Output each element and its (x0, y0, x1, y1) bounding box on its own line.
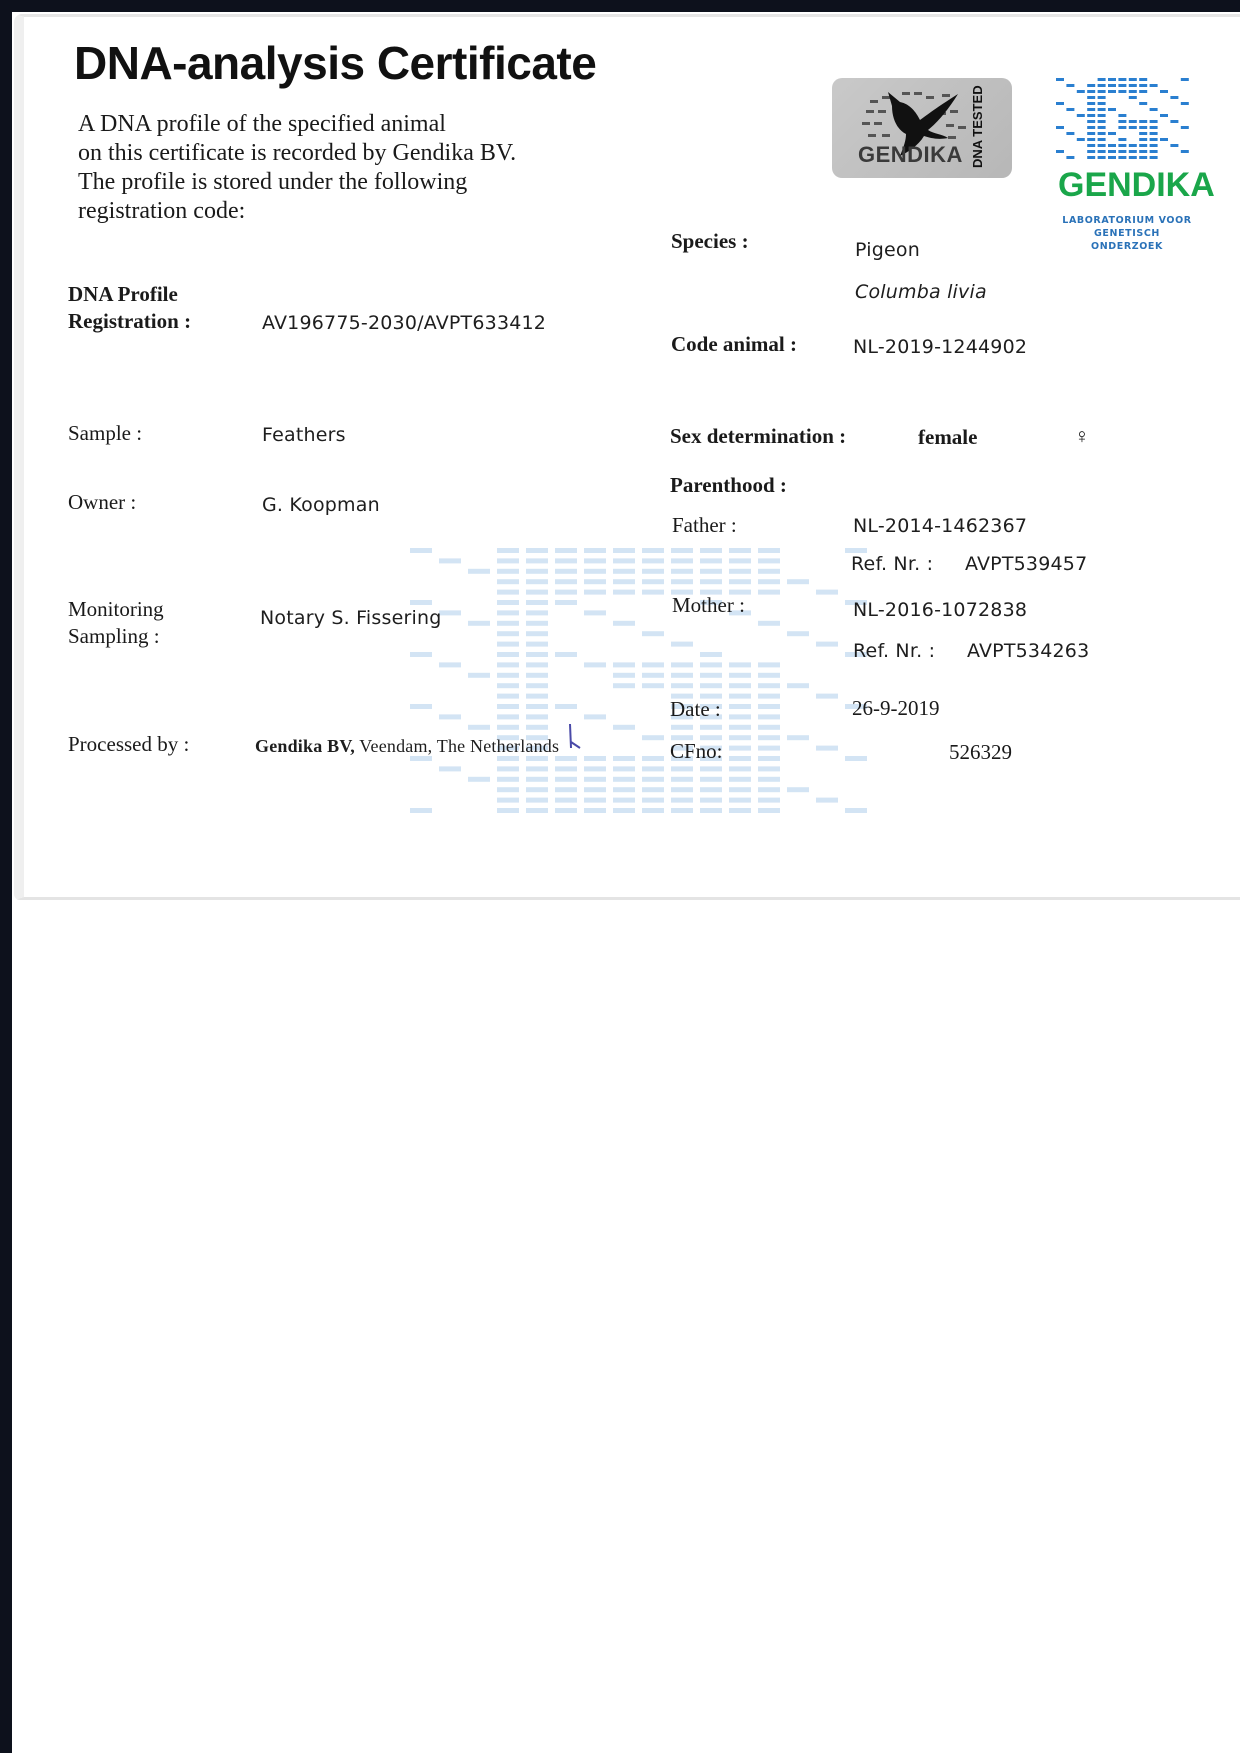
parenthood-label: Parenthood : (670, 473, 787, 498)
monitoring-label-line: Monitoring (68, 596, 164, 623)
mother-value: NL-2016-1072838 (853, 599, 1027, 621)
cfno-value: 526329 (949, 740, 1012, 765)
badge-brand: GENDIKA (858, 142, 963, 168)
father-label: Father : (672, 513, 737, 538)
owner-value: G. Koopman (262, 494, 380, 516)
date-value: 26-9-2019 (852, 696, 940, 721)
dna-g-icon (1056, 78, 1192, 162)
mother-label: Mother : (672, 593, 745, 618)
father-value: NL-2014-1462367 (853, 515, 1027, 537)
intro-line: A DNA profile of the specified animal (78, 110, 516, 139)
registration-value: AV196775-2030/AVPT633412 (262, 312, 546, 334)
logo-subtitle-line: GENETISCH ONDERZOEK (1059, 227, 1195, 253)
owner-label: Owner : (68, 490, 136, 515)
cfno-label: CFno: (670, 739, 723, 764)
mother-ref-value: AVPT534263 (967, 640, 1089, 662)
gendika-logo: GENDIKA LABORATORIUM VOOR GENETISCH ONDE… (1056, 78, 1196, 238)
monitoring-label: Monitoring Sampling : (68, 596, 164, 650)
logo-subtitle: LABORATORIUM VOOR GENETISCH ONDERZOEK (1059, 214, 1195, 253)
code-animal-value: NL-2019-1244902 (853, 336, 1027, 358)
registration-label-line: DNA Profile (68, 281, 191, 308)
intro-line: The profile is stored under the followin… (78, 168, 516, 197)
sex-label: Sex determination : (670, 424, 846, 449)
processed-label: Processed by : (68, 732, 189, 757)
monitoring-value: Notary S. Fissering (260, 607, 441, 629)
intro-line: registration code: (78, 197, 516, 226)
father-ref-value: AVPT539457 (965, 553, 1087, 575)
code-animal-label: Code animal : (671, 332, 797, 357)
date-label: Date : (670, 697, 721, 722)
sample-value: Feathers (262, 424, 346, 446)
sample-label: Sample : (68, 421, 142, 446)
dna-watermark-icon (410, 548, 870, 818)
intro-line: on this certificate is recorded by Gendi… (78, 139, 516, 168)
certificate-title: DNA-analysis Certificate (74, 36, 596, 90)
father-ref-label: Ref. Nr. : (851, 553, 933, 575)
badge-tagline-text: DNA TESTED (970, 85, 985, 168)
species-latin-value: Columba livia (855, 281, 987, 303)
processed-value: Gendika BV, Veendam, The Netherlands (255, 736, 559, 757)
scan-border-left (0, 0, 12, 1753)
registration-label-line: Registration : (68, 308, 191, 335)
blank-page-area (12, 903, 1240, 1753)
sex-value: female (918, 425, 977, 450)
scan-border-top (0, 0, 1240, 12)
processed-location: Veendam, The Netherlands (355, 736, 559, 756)
certificate-intro: A DNA profile of the specified animal on… (78, 110, 516, 226)
species-label: Species : (671, 229, 749, 254)
logo-subtitle-line: LABORATORIUM VOOR (1059, 214, 1195, 227)
mother-ref-label: Ref. Nr. : (853, 640, 935, 662)
female-symbol-icon: ♀ (1074, 424, 1090, 449)
processed-company: Gendika BV, (255, 736, 355, 756)
dna-tested-badge: GENDIKA DNA TESTED (832, 78, 1012, 178)
monitoring-label-line: Sampling : (68, 623, 164, 650)
logo-brand: GENDIKA (1058, 166, 1215, 205)
registration-label: DNA Profile Registration : (68, 281, 191, 335)
pen-mark-icon (568, 722, 584, 752)
species-common-value: Pigeon (855, 239, 920, 261)
